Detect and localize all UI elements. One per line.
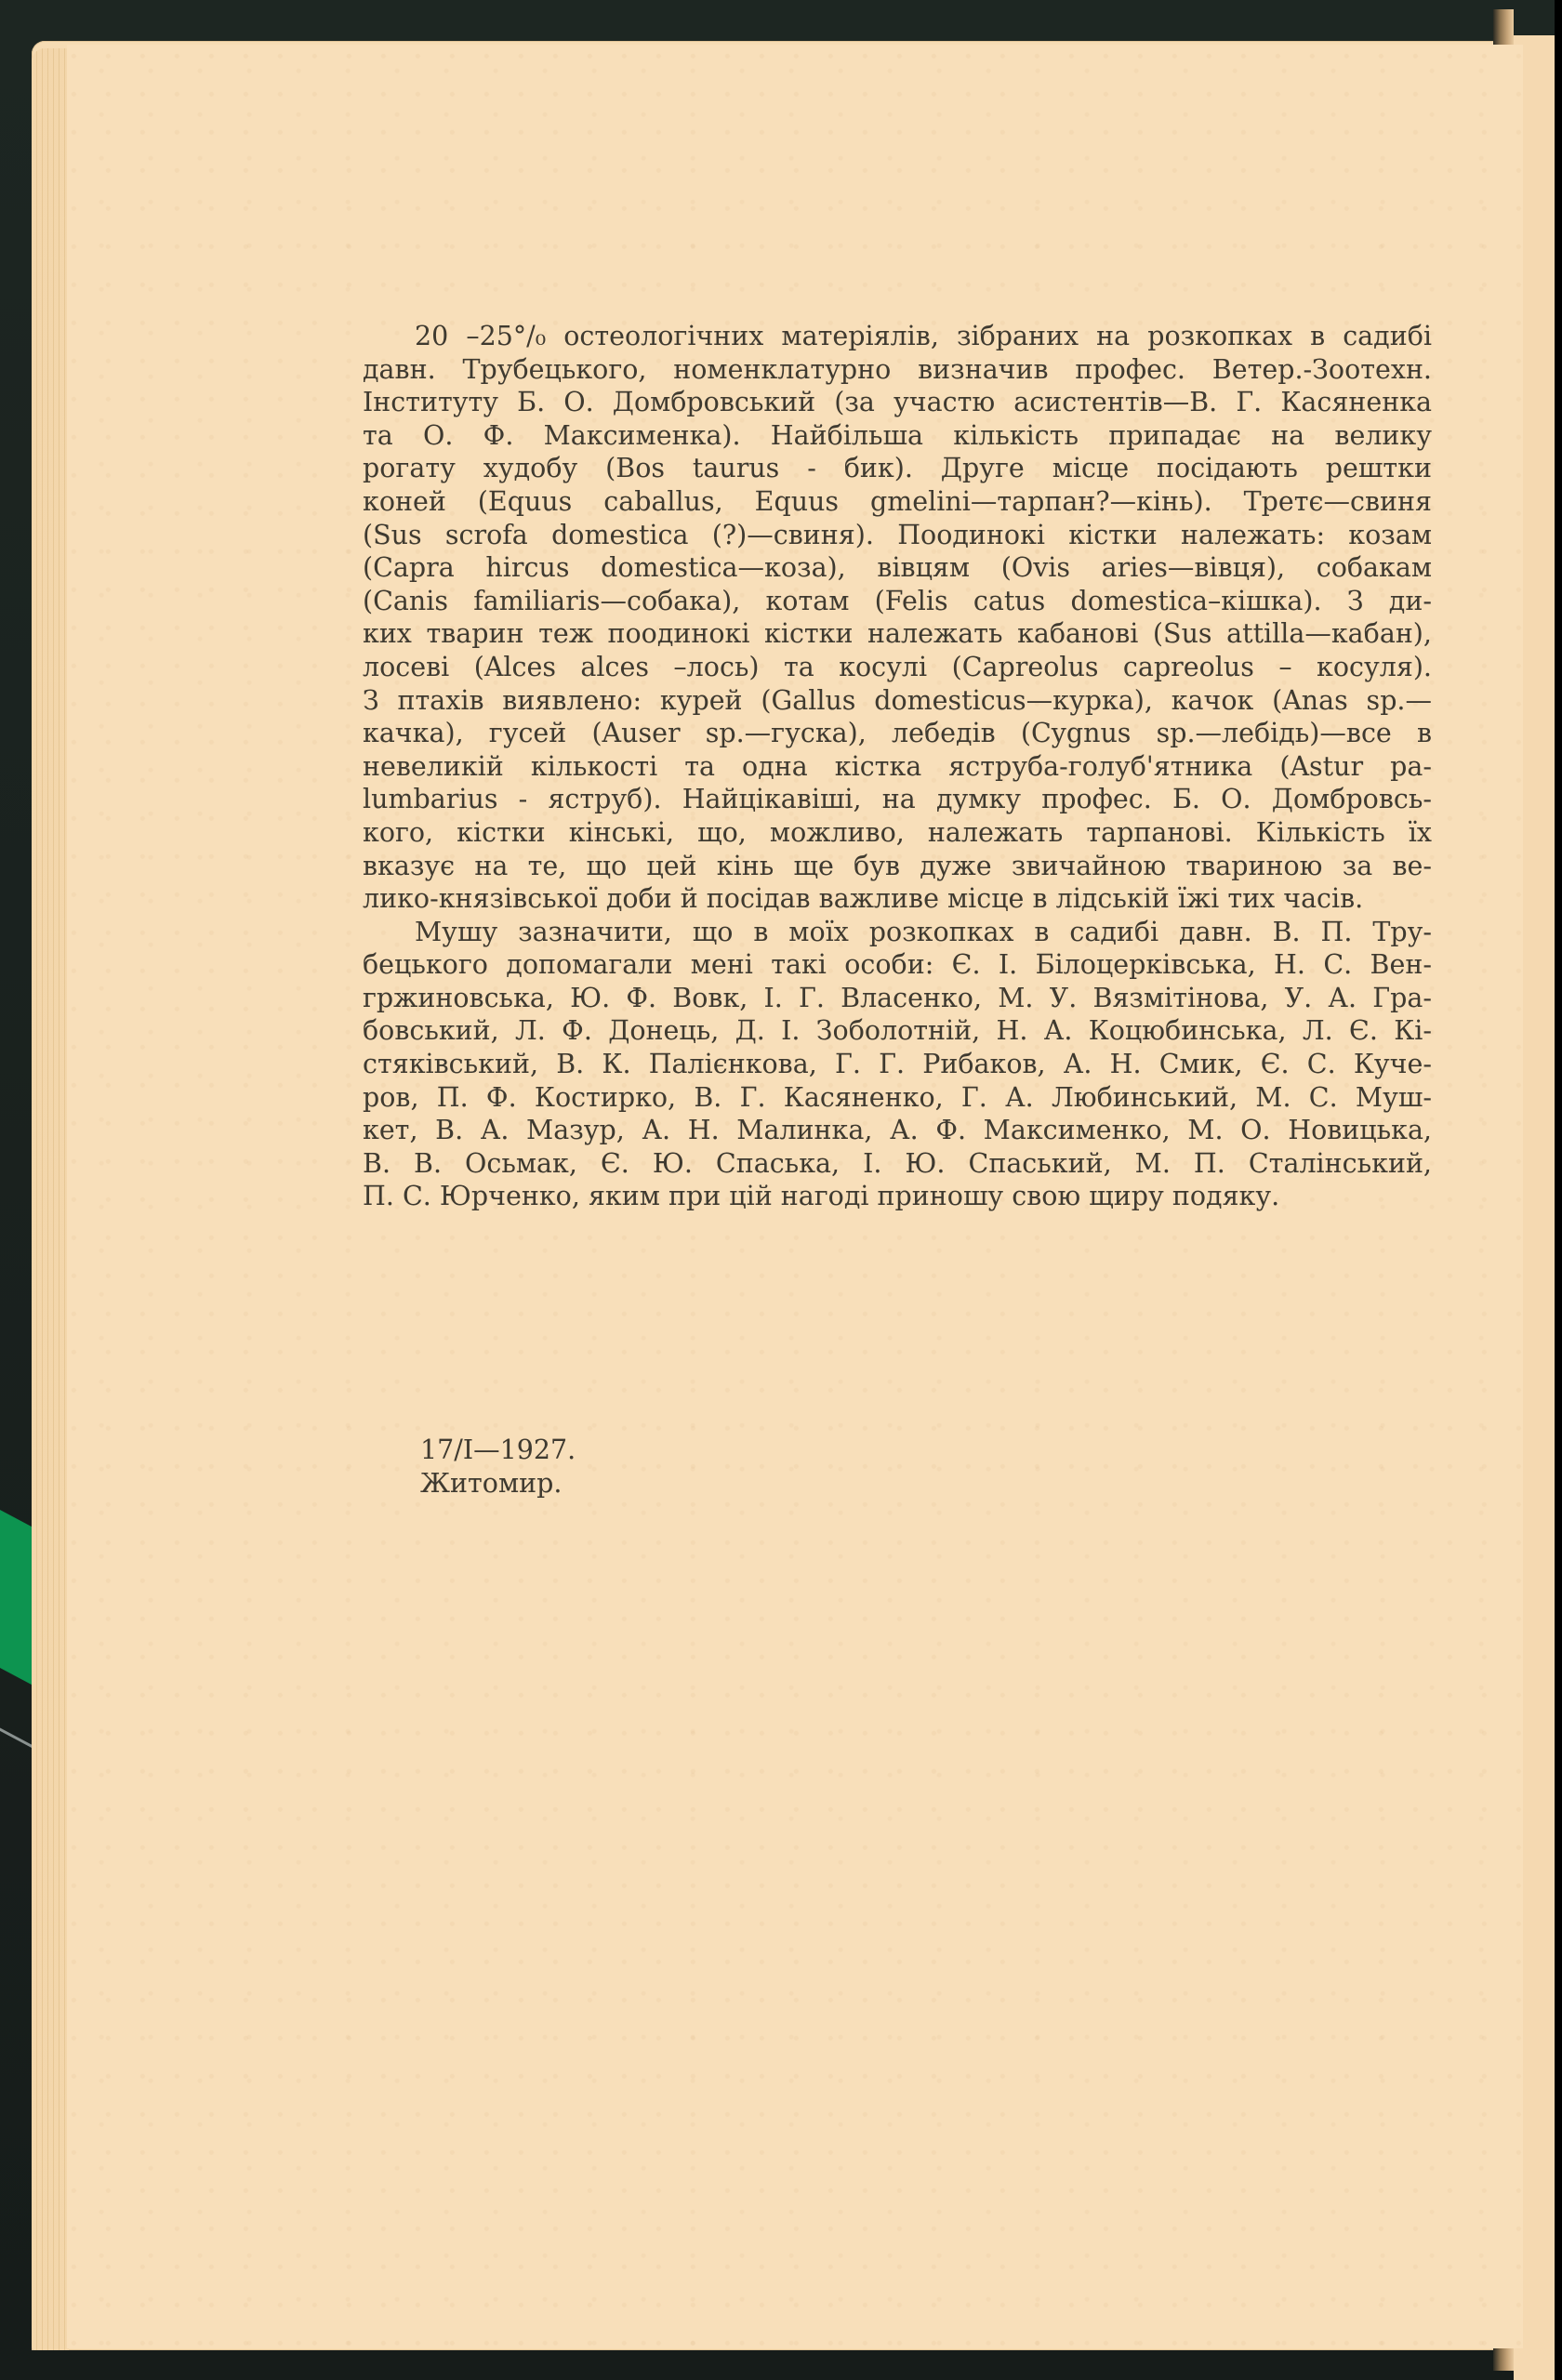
text-line: (Canis familiaris—собака), котам (Felis …: [363, 585, 1432, 618]
text-line: стяківський, В. К. Палієнкова, Г. Г. Риб…: [363, 1048, 1432, 1081]
text-line: рогату худобу (Bos taurus - бик). Друге …: [363, 452, 1432, 485]
body-text: 20 –25°/₀ остеологічних матеріялів, зібр…: [363, 320, 1432, 1213]
text-line: Мушу зазначити, що в моїх розкопках в са…: [363, 916, 1432, 949]
text-line: давн. Трубецького, номенклатурно визначи…: [363, 353, 1432, 387]
signature-place: Житомир.: [420, 1467, 576, 1501]
text-line: Інституту Б. О. Домбровський (за участю …: [363, 386, 1432, 419]
paragraph-acknowledgements: Мушу зазначити, що в моїх розкопках в са…: [363, 916, 1432, 1213]
text-line: ких тварин теж поодинокі кістки належать…: [363, 617, 1432, 651]
text-line: та О. Ф. Максименка). Найбільша кількіст…: [363, 419, 1432, 453]
text-line: бецького допомагали мені такі особи: Є. …: [363, 948, 1432, 982]
text-line: кет, В. А. Мазур, А. Н. Малинка, А. Ф. М…: [363, 1114, 1432, 1147]
text-line: гржиновська, Ю. Ф. Вовк, І. Г. Власенко,…: [363, 982, 1432, 1015]
paragraph-osteology: 20 –25°/₀ остеологічних матеріялів, зібр…: [363, 320, 1432, 916]
signature-date: 17/I—1927.: [420, 1434, 576, 1467]
text-line: З птахів виявлено: курей (Gallus domesti…: [363, 684, 1432, 718]
text-line: ров, П. Ф. Костирко, В. Г. Касяненко, Г.…: [363, 1081, 1432, 1115]
text-line: коней (Equus caballus, Equus gmelini—тар…: [363, 485, 1432, 519]
text-line: 20 –25°/₀ остеологічних матеріялів, зібр…: [363, 320, 1432, 353]
text-line: невеликій кількості та одна кістка ястру…: [363, 750, 1432, 784]
text-line: лико-князівської доби й посідав важливе …: [363, 882, 1432, 916]
signature-block: 17/I—1927. Житомир.: [420, 1434, 576, 1501]
text-line: кого, кістки кінські, що, можливо, належ…: [363, 816, 1432, 850]
text-line: лосеві (Alces alces –лось) та косулі (Ca…: [363, 651, 1432, 684]
text-line: (Sus scrofa domestica (?)—свиня). Поодин…: [363, 519, 1432, 552]
text-line: качка), гусей (Auser sp.—гуска), лебедів…: [363, 717, 1432, 750]
text-line: В. В. Осьмак, Є. Ю. Спаська, І. Ю. Спась…: [363, 1147, 1432, 1181]
text-line: П. С. Юрченко, яким при цій нагоді прино…: [363, 1180, 1432, 1213]
text-line: (Capra hircus domestica—коза), вівцям (O…: [363, 551, 1432, 585]
text-line: вказує на те, що цей кінь ще був дуже зв…: [363, 850, 1432, 883]
text-line: lumbarius - яструб). Найцікавіші, на дум…: [363, 783, 1432, 816]
scan-right-border: [1555, 0, 1562, 2380]
text-line: бовський, Л. Ф. Донець, Д. І. Зоболотній…: [363, 1014, 1432, 1048]
